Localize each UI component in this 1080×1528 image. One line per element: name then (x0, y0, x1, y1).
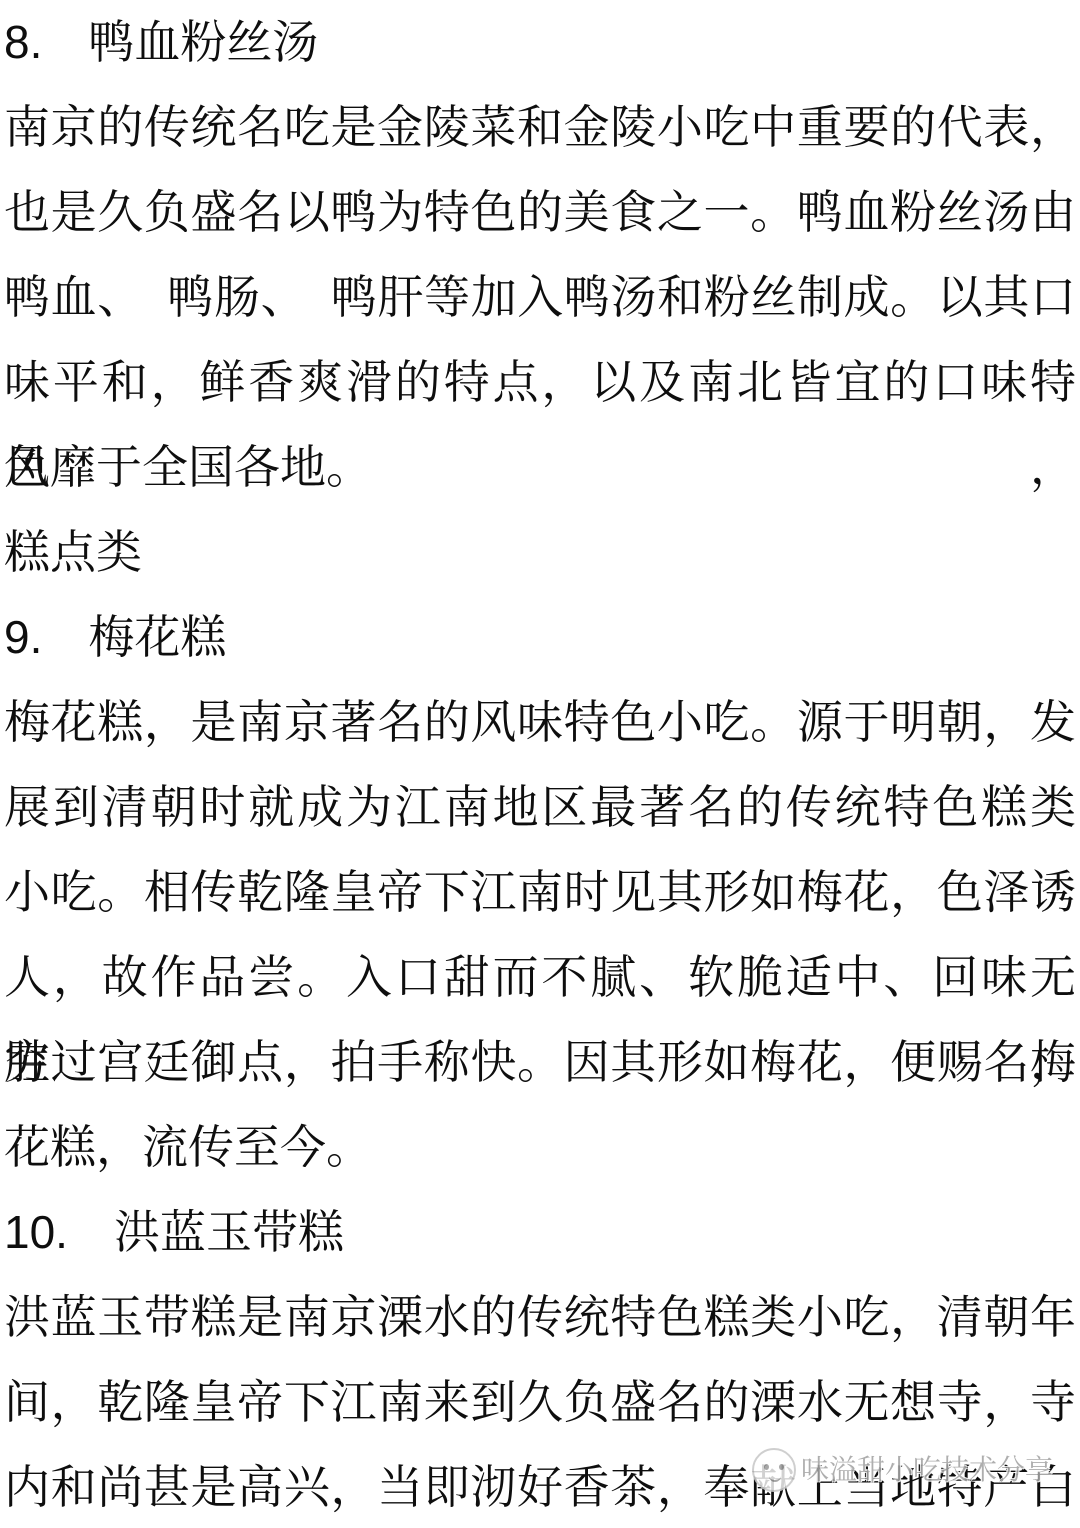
text-line: 糕点类 (4, 510, 1076, 595)
text-line: 小吃。相传乾隆皇帝下江南时见其形如梅花，色泽诱 (4, 850, 1076, 935)
text-line: 味平和，鲜香爽滑的特点，以及南北皆宜的口味特色， (4, 340, 1076, 425)
text-line: 梅花糕，是南京著名的风味特色小吃。源于明朝，发 (4, 680, 1076, 765)
text-line: 也是久负盛名以鸭为特色的美食之一。鸭血粉丝汤由 (4, 170, 1076, 255)
text-line: 人，故作品尝。入口甜而不腻、软脆适中、回味无穷， (4, 935, 1076, 1020)
text-line: 9. 梅花糕 (4, 595, 1076, 680)
text-line: 花糕，流传至今。 (4, 1105, 1076, 1190)
text-line: 洪蓝玉带糕是南京溧水的传统特色糕类小吃，清朝年 (4, 1275, 1076, 1360)
page-container: 8. 鸭血粉丝汤南京的传统名吃是金陵菜和金陵小吃中重要的代表，也是久负盛名以鸭为… (0, 0, 1080, 1528)
text-line: 内和尚甚是高兴，当即沏好香茶，奉献上当地特产白 (4, 1445, 1076, 1528)
document-body: 8. 鸭血粉丝汤南京的传统名吃是金陵菜和金陵小吃中重要的代表，也是久负盛名以鸭为… (0, 0, 1080, 1528)
text-line: 8. 鸭血粉丝汤 (4, 0, 1076, 85)
text-line: 南京的传统名吃是金陵菜和金陵小吃中重要的代表， (4, 85, 1076, 170)
text-line: 鸭血、 鸭肠、 鸭肝等加入鸭汤和粉丝制成。以其口 (4, 255, 1076, 340)
text-line: 胜过宫廷御点，拍手称快。因其形如梅花，便赐名梅 (4, 1020, 1076, 1105)
text-line: 展到清朝时就成为江南地区最著名的传统特色糕类 (4, 765, 1076, 850)
text-line: 10. 洪蓝玉带糕 (4, 1190, 1076, 1275)
text-line: 间，乾隆皇帝下江南来到久负盛名的溧水无想寺，寺 (4, 1360, 1076, 1445)
